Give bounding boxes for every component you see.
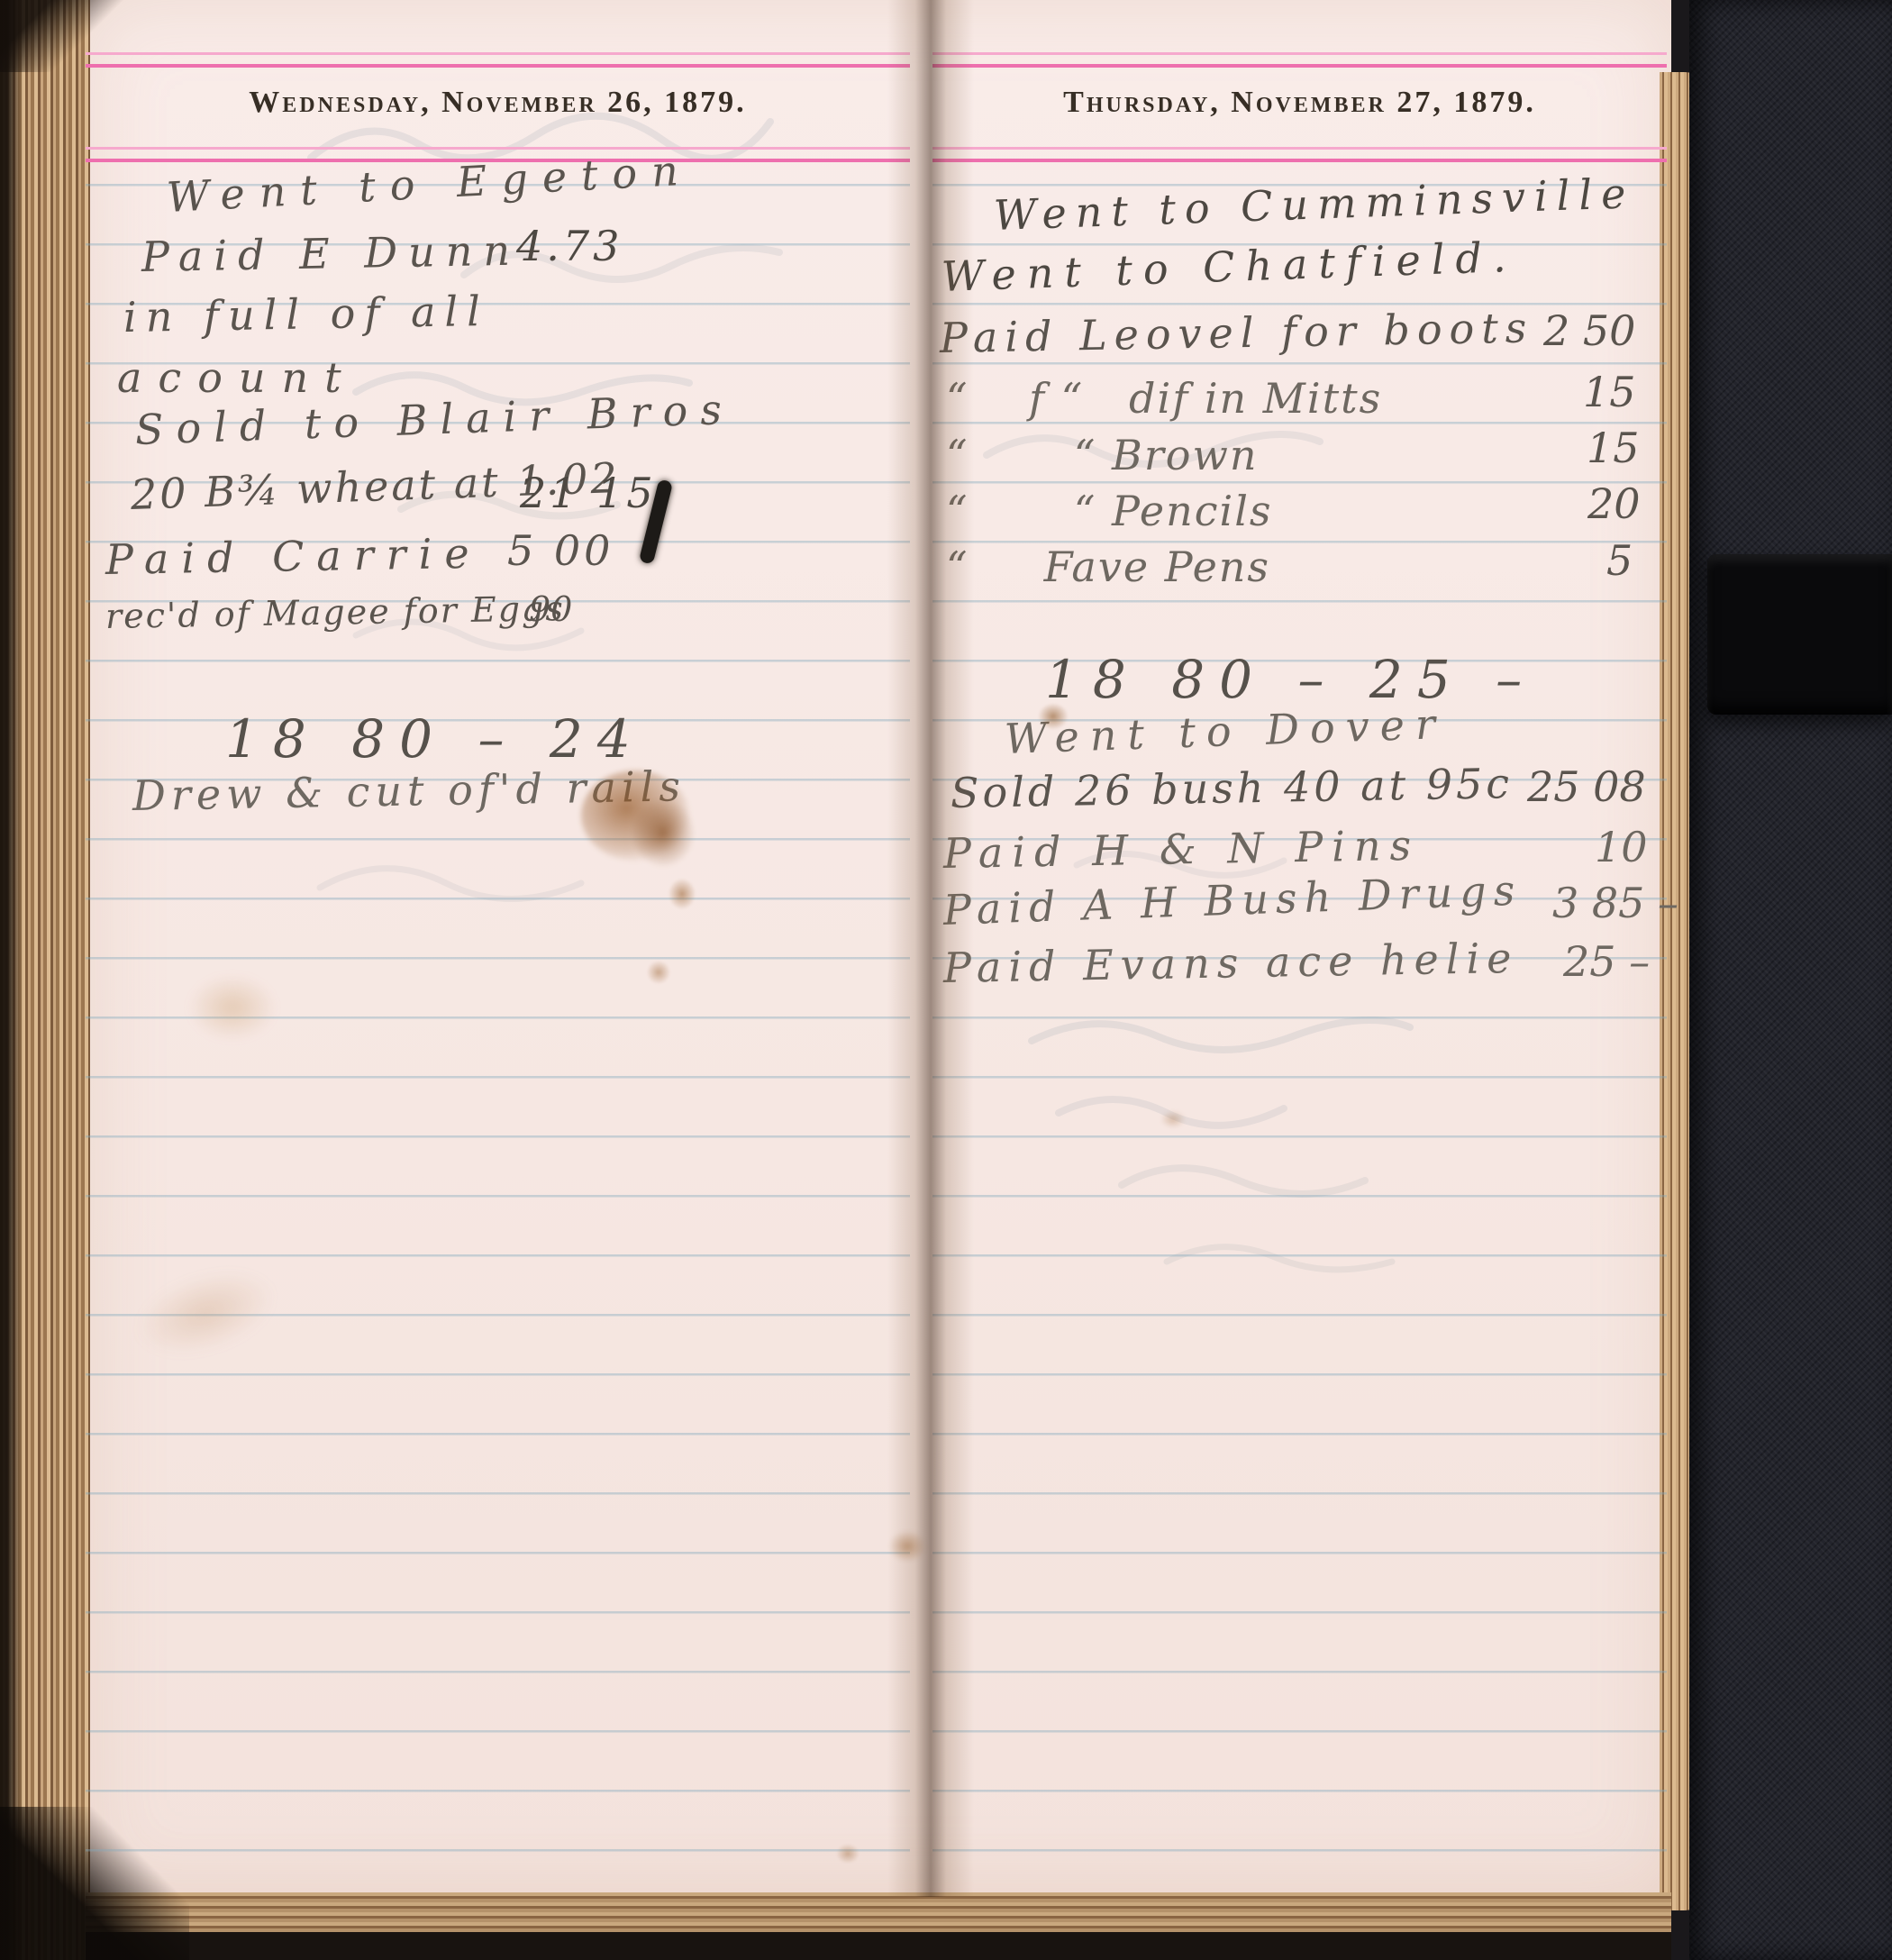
diary-entry-line: Paid Evans ace helie [943, 934, 1519, 992]
left-page: Wednesday, November 26, 1879. Went to Eg… [86, 0, 910, 1897]
diary-entry-line: Drew & cut of'd rails [132, 761, 687, 820]
entry-amount: 5 00 [507, 526, 614, 575]
book-strap [1707, 554, 1892, 715]
entry-amount: 5 [1606, 536, 1633, 585]
diary-entry-line: Sold 26 bush 40 at 95c [951, 759, 1514, 817]
entry-amount: 3 85 – [1552, 879, 1678, 927]
entry-amount: 2 50 [1543, 306, 1635, 355]
entry-amount: 25 08 [1527, 762, 1646, 811]
pink-rule-top [932, 52, 1667, 70]
diary-entry-line: in full of all [123, 287, 490, 342]
diary-entry-line: Paid Carrie [105, 529, 483, 584]
gutter-shadow [887, 0, 974, 1897]
entry-amount: 21 15 [520, 469, 657, 517]
page-edges-left [0, 0, 90, 1960]
diary-entry-line: rec'd of Magee for Eggs [105, 588, 566, 636]
entry-amount: 15 [1583, 368, 1636, 416]
entry-amount: 10 [1595, 823, 1648, 871]
page-header: Wednesday, November 26, 1879. [86, 86, 910, 120]
diary-entry-line: “ Fave Pens [946, 542, 1270, 591]
pink-rule-header-bottom [932, 147, 1667, 165]
diary-entry-line: “ “ Brown [946, 431, 1259, 479]
diary-scan: Wednesday, November 26, 1879. Went to Eg… [0, 0, 1892, 1960]
right-page: Thursday, November 27, 1879. Went to Cum… [932, 0, 1667, 1897]
page-header: Thursday, November 27, 1879. [932, 86, 1667, 120]
entry-amount: 90 [529, 589, 572, 629]
entry-amount: 25 – [1563, 937, 1650, 986]
entry-amount: 20 [1587, 479, 1641, 528]
diary-entry-line: 18 80 – 24 [225, 708, 645, 770]
entry-amount: 15 [1587, 424, 1640, 472]
entry-amount: 4.73 [516, 222, 623, 270]
book-cover [1689, 0, 1892, 1960]
pink-rule-top [86, 52, 910, 70]
diary-entry-line: “ “ Pencils [946, 487, 1273, 535]
diary-entry-line: Paid Leovel for boots [940, 303, 1534, 361]
diary-entry-line: Paid E Dunn [141, 226, 522, 281]
diary-entry-line: 18 80 – 25 – [1045, 649, 1536, 710]
scan-background-bottom [86, 1932, 1671, 1960]
diary-entry-line: Paid H & N Pins [943, 821, 1421, 878]
diary-entry-line: “ f “ dif in Mitts [946, 374, 1382, 423]
diary-entry-line: acount [117, 353, 358, 402]
page-edges-bottom [86, 1892, 1671, 1936]
